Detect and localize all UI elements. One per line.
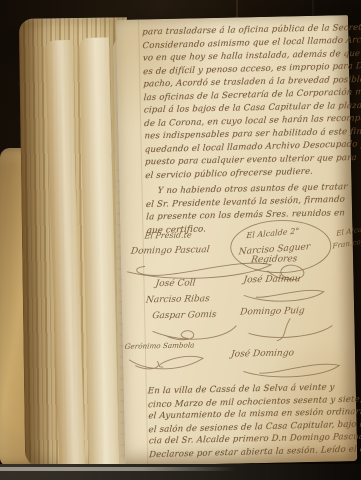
signature-flourish (242, 315, 339, 343)
signature-name-geronimo-sambola: Gerónimo Sambola (124, 340, 195, 350)
signature-name-domingo-pascual: Domingo Pascual (130, 245, 210, 257)
stacked-page-edges (19, 17, 133, 468)
manuscript-page: para trasladarse á la oficina pública de… (116, 15, 357, 466)
body-paragraph: para trasladarse á la oficina pública de… (142, 21, 361, 182)
signature-title-presidente: El Presid.te (144, 230, 192, 240)
signature-flourish (235, 359, 345, 381)
signature-name-jose-coll: José Coll (155, 278, 196, 289)
regidores-label: Regidores (250, 254, 297, 265)
signature-name-narciso-ribas: Narciso Ribas (145, 294, 210, 305)
signature-flourish (240, 284, 330, 306)
photo-of-manuscript-book: para trasladarse á la oficina pública de… (0, 0, 361, 480)
table-edge-highlight (0, 467, 236, 471)
next-session-paragraph: En la villa de Cassá de la Selva á veint… (148, 380, 361, 461)
signature-name-jose-domingo: José Domingo (230, 348, 294, 359)
signature-flourish (123, 350, 213, 374)
